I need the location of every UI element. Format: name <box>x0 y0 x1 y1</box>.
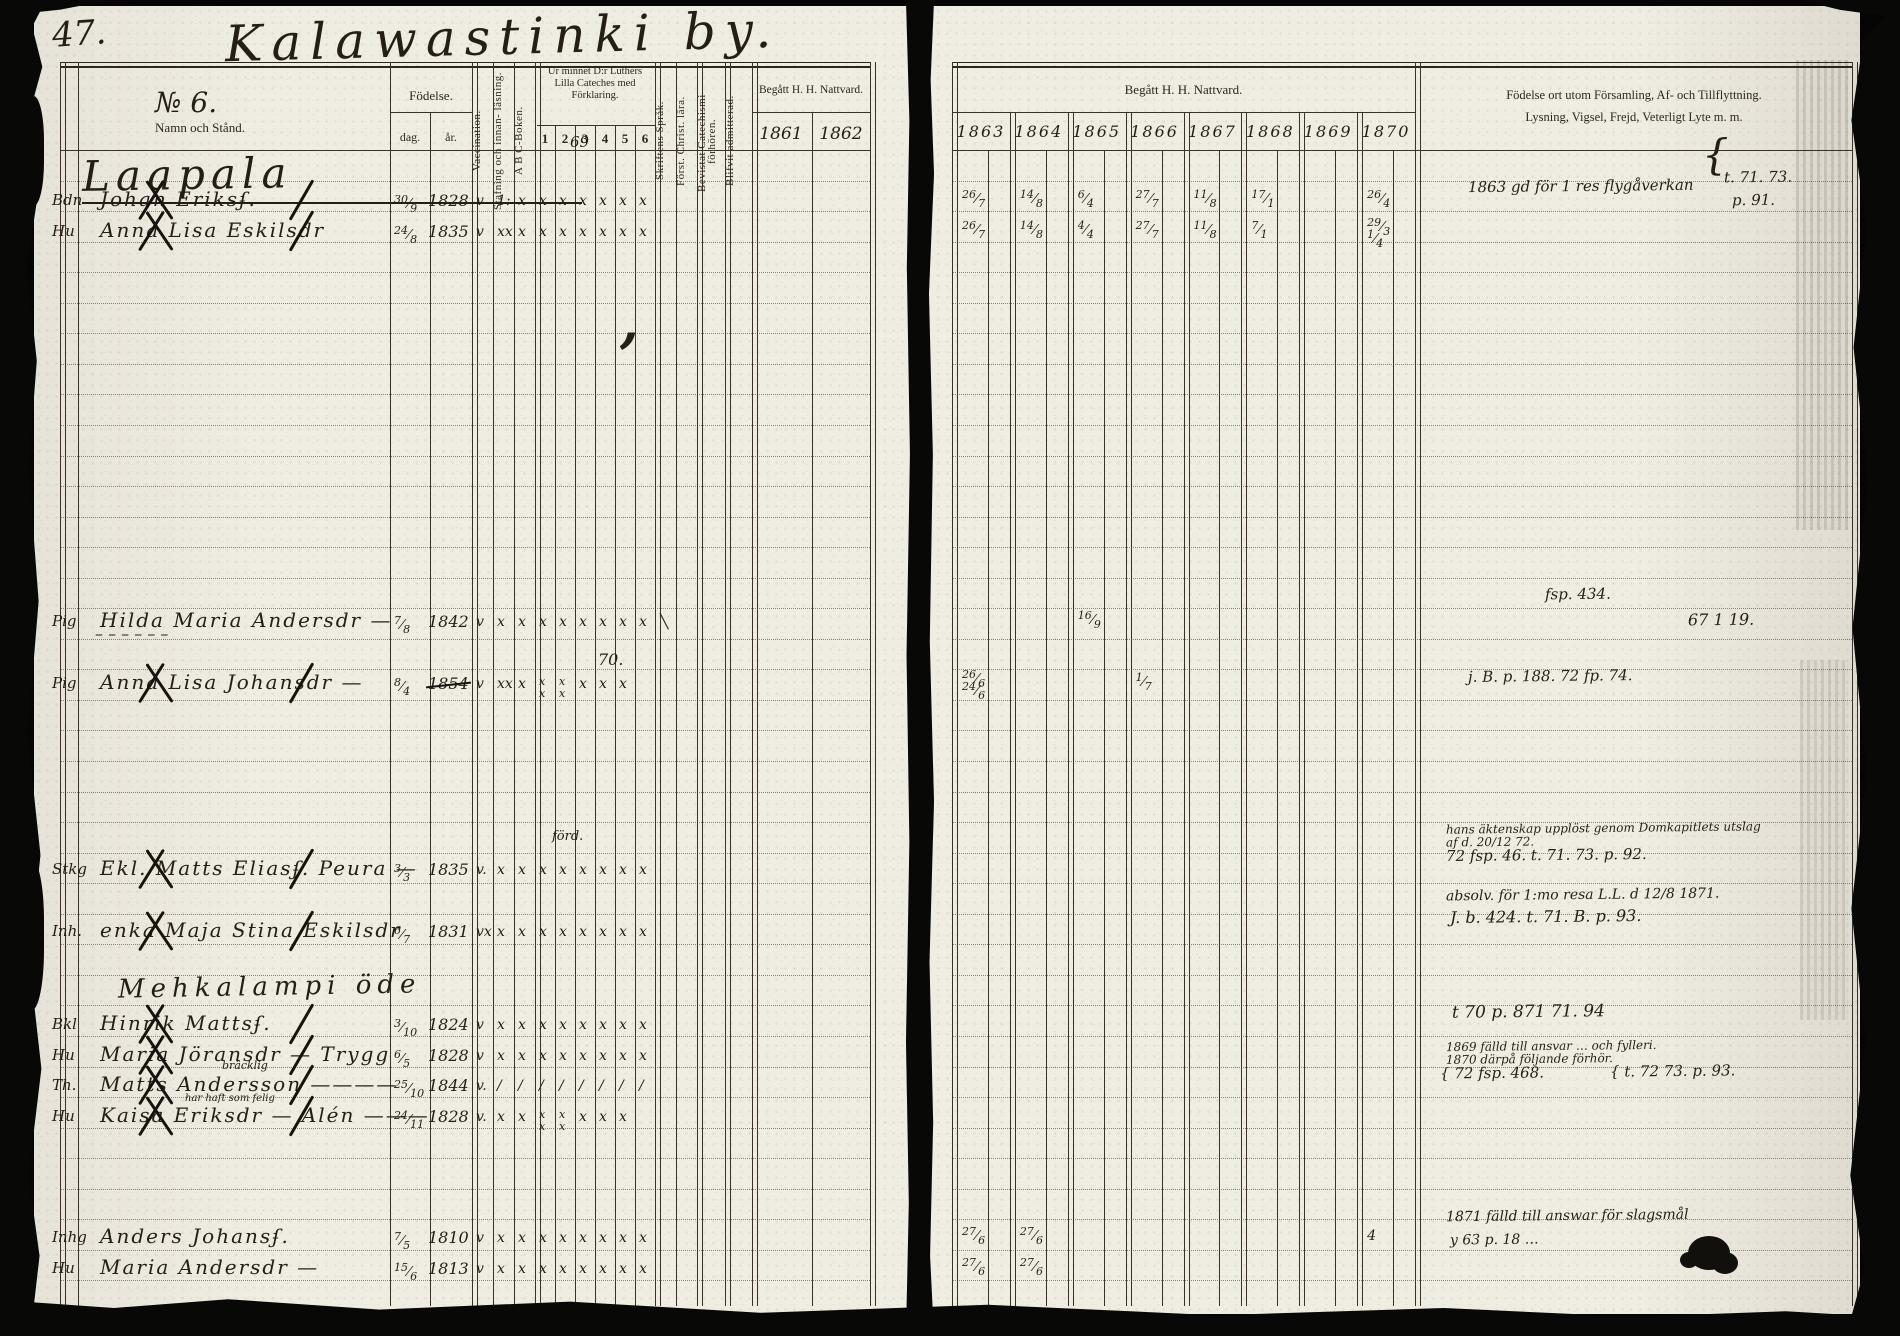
examination-mark: x <box>579 1109 587 1125</box>
mark-text: x <box>619 676 627 692</box>
examination-mark: x <box>619 924 627 940</box>
communion-date: 26⁄7 <box>962 191 985 207</box>
rotated-column-header: Blifvit admitterad. <box>725 66 752 216</box>
column-rule <box>752 62 758 1306</box>
row-rule <box>60 364 870 365</box>
examination-mark: xx <box>497 224 513 240</box>
rotated-column-header: Skriftens Språk. <box>655 66 676 216</box>
examination-mark: v <box>476 193 484 209</box>
mark-text: x <box>619 1017 627 1033</box>
mark-text: x <box>599 1261 607 1277</box>
mark-text: x <box>619 924 627 940</box>
examination-mark: xx <box>539 1109 545 1133</box>
margin-note: fsp. 434. <box>1545 585 1611 604</box>
row-rule <box>60 1280 870 1281</box>
numerator: 24 <box>394 1109 408 1122</box>
row-rule <box>60 883 870 884</box>
denominator: 3 <box>1383 225 1390 238</box>
examination-mark: x <box>497 614 505 630</box>
examination-mark: x <box>579 924 587 940</box>
denominator: 6 <box>978 1265 985 1278</box>
nattvard-year-label: 1863 <box>952 122 1010 141</box>
scanned-register-page: 47. Kalawastinki by. № 6. Namn och Stånd… <box>0 0 1900 1336</box>
examination-mark: / <box>599 1078 604 1094</box>
communion-date: 26⁄624⁄6 <box>962 674 985 698</box>
numerator: 30 <box>394 193 408 206</box>
margin-note: absolv. för 1:mo resa L.L. d 12/8 1871. <box>1446 886 1720 905</box>
row-rule <box>60 578 870 579</box>
communion-date: 27⁄7 <box>1136 191 1159 207</box>
column-rule <box>1068 112 1074 1306</box>
examination-mark: x <box>599 1261 607 1277</box>
mark-text: x <box>497 1261 505 1277</box>
examination-mark: / <box>639 1078 644 1094</box>
mark-text: / <box>619 1078 624 1094</box>
birth-year: 1824 <box>428 1015 469 1034</box>
numerator: 11 <box>1194 188 1208 201</box>
entry-name: Anna Lisa Johansdr — <box>100 670 363 694</box>
row-rule <box>952 1219 1852 1220</box>
examination-mark: x <box>599 924 607 940</box>
examination-mark: x <box>599 1230 607 1246</box>
row-rule <box>60 303 870 304</box>
row-rule <box>952 639 1852 640</box>
examination-mark: x <box>518 1017 526 1033</box>
examination-mark: v. <box>476 1109 487 1125</box>
mark-text: x <box>559 1017 567 1033</box>
examination-mark: v <box>476 1048 484 1064</box>
column-rule <box>952 62 958 1306</box>
row-rule <box>60 1128 870 1129</box>
communion-date: 27⁄6 <box>1020 1259 1043 1275</box>
numerator: 14 <box>1020 219 1034 232</box>
stray-mark: bräcklig <box>222 1059 268 1072</box>
entry-prefix: Pig <box>52 674 77 692</box>
communion-date: 11⁄8 <box>1194 191 1217 207</box>
stray-mark: har haft som felig <box>185 1093 275 1104</box>
mark-text: x <box>599 224 607 240</box>
stray-mark: 70. <box>598 650 623 669</box>
numerator: 1 <box>1367 228 1374 241</box>
examination-mark: x <box>539 193 547 209</box>
mark-text: x <box>579 1109 587 1125</box>
examination-mark: x <box>518 862 526 878</box>
mark-text: / <box>639 1078 644 1094</box>
row-rule <box>60 792 870 793</box>
column-rule <box>676 62 677 1306</box>
mark-text: / <box>559 1078 564 1094</box>
examination-mark: x <box>579 224 587 240</box>
denominator: 4 <box>1087 228 1094 241</box>
examination-mark: x <box>639 924 647 940</box>
birth-year: 1835 <box>428 222 469 241</box>
birth-year: 1854 <box>428 674 469 693</box>
row-rule <box>952 883 1852 884</box>
mark-text: x <box>639 614 647 630</box>
mark-text: x <box>518 614 526 630</box>
mark-text: v. <box>476 862 487 878</box>
communion-date: 27⁄6 <box>1020 1228 1043 1244</box>
numerator: 15 <box>394 1261 408 1274</box>
notes-header-line1: Födelse ort utom Församling, Af- och Til… <box>1420 88 1848 103</box>
left-nattvard-header: Begått H. H. Nattvard. <box>752 84 870 96</box>
numerator: 27 <box>1020 1225 1034 1238</box>
birth-year: 1844 <box>428 1076 469 1095</box>
mark-text: x <box>518 924 526 940</box>
mark-text: x <box>518 1230 526 1246</box>
birth-year: 1831 <box>428 922 469 941</box>
column-rule <box>430 112 431 1306</box>
row-rule <box>60 547 870 548</box>
column-rule <box>725 62 731 1306</box>
row-rule <box>60 1067 870 1068</box>
stacked-date: x <box>559 688 565 700</box>
column-rule <box>1357 112 1363 1306</box>
section-header: Mehkalampi öde <box>118 969 422 1004</box>
mark-text: x <box>619 193 627 209</box>
row-rule <box>952 914 1852 915</box>
row-rule <box>952 486 1852 487</box>
cateches-col-number: 1 <box>535 131 555 147</box>
birth-day: 6⁄7 <box>394 924 410 943</box>
nattvard-year-label: 1866 <box>1126 122 1184 141</box>
column-rule <box>1393 150 1394 1306</box>
communion-date: 14⁄8 <box>1020 222 1043 238</box>
mark-text: 1: <box>497 193 511 209</box>
row-rule <box>390 112 472 113</box>
birth-day: 25⁄10 <box>394 1078 424 1097</box>
numerator: 27 <box>962 1256 976 1269</box>
denominator: 7 <box>1152 228 1159 241</box>
examination-mark: / <box>579 1078 584 1094</box>
examination-mark: x <box>619 1109 627 1125</box>
row-rule <box>952 1036 1852 1037</box>
column-rule <box>655 62 661 1306</box>
numerator: 27 <box>1020 1256 1034 1269</box>
numerator: 4 <box>1078 219 1085 232</box>
birth-day: 30⁄9 <box>394 193 417 212</box>
examination-mark: x <box>599 1048 607 1064</box>
nattvard-year-label: 1862 <box>812 124 870 144</box>
row-rule <box>952 333 1852 334</box>
examination-mark: x <box>619 1048 627 1064</box>
cateches-col-number: 4 <box>595 131 615 147</box>
left-margin-blot-2 <box>14 860 44 1010</box>
denominator: 5 <box>403 1057 410 1070</box>
examination-mark: x <box>559 1017 567 1033</box>
rotated-column-header: Bevistat Catechismi- förhören. <box>697 66 725 216</box>
nattvard-year-label: 1861 <box>752 124 810 144</box>
birth-year: 1828 <box>428 191 469 210</box>
numerator: 24 <box>962 680 976 693</box>
examination-mark: x <box>559 862 567 878</box>
row-rule <box>752 112 870 113</box>
row-rule <box>952 1158 1852 1159</box>
rotated-column-header: Först. Christ. lära. <box>676 66 697 216</box>
mark-text: x <box>518 1017 526 1033</box>
birth-day: 15⁄6 <box>394 1261 417 1280</box>
mark-text: x <box>639 1017 647 1033</box>
examination-mark: vx <box>476 924 492 940</box>
mark-text: x <box>579 1017 587 1033</box>
cateches-col-number: 5 <box>615 131 635 147</box>
examination-mark: x <box>518 1109 526 1125</box>
mark-text: x <box>539 1120 545 1133</box>
numerator: 6 <box>394 924 401 937</box>
mark-text: x <box>639 1048 647 1064</box>
column-rule <box>812 112 813 1306</box>
margin-note: y 63 p. 18 … <box>1450 1232 1539 1249</box>
mark-text: x <box>579 1230 587 1246</box>
column-rule <box>555 125 556 1306</box>
entry-name: Anders Johansʄ. <box>100 1224 290 1248</box>
examination-mark: x <box>497 1261 505 1277</box>
examination-mark: x <box>559 1261 567 1277</box>
birth-column-header: Födelse. <box>390 88 472 104</box>
denominator: 7 <box>403 933 410 946</box>
communion-date: 4⁄4 <box>1078 222 1094 238</box>
birth-day: 3⁄10 <box>394 1017 417 1036</box>
stacked-date: x <box>539 1121 545 1133</box>
communion-date: 26⁄7 <box>962 222 985 238</box>
numerator: 1 <box>1136 671 1143 684</box>
mark-text: x <box>639 193 647 209</box>
examination-mark: x <box>639 862 647 878</box>
row-rule <box>952 425 1852 426</box>
communion-date: 6⁄4 <box>1078 191 1094 207</box>
examination-mark: x <box>559 224 567 240</box>
column-rule <box>1010 112 1016 1306</box>
examination-mark: xx <box>559 676 565 700</box>
examination-mark: x <box>559 1048 567 1064</box>
book-gutter <box>906 0 934 1336</box>
mark-text: x <box>518 1261 526 1277</box>
mark-text: / <box>599 1078 604 1094</box>
row-rule <box>952 578 1852 579</box>
examination-mark: v <box>476 1017 484 1033</box>
row-rule <box>952 853 1852 854</box>
birth-year-header: år. <box>430 130 472 145</box>
row-rule <box>60 333 870 334</box>
examination-mark: x <box>497 1230 505 1246</box>
stray-mark: 69 <box>570 133 589 151</box>
communion-date: 16⁄9 <box>1078 612 1101 628</box>
examination-mark: v <box>476 1261 484 1277</box>
row-rule <box>60 822 870 823</box>
examination-mark: x <box>639 1230 647 1246</box>
row-rule <box>952 700 1852 701</box>
column-rule <box>1104 150 1105 1306</box>
mark-text: x <box>539 193 547 209</box>
denominator: 10 <box>410 1087 424 1100</box>
mark-text: x <box>518 676 526 692</box>
row-rule <box>952 242 1852 243</box>
mark-text: x <box>599 676 607 692</box>
margin-note: j. B. p. 188. 72 fp. 74. <box>1468 666 1633 686</box>
column-rule <box>988 150 989 1306</box>
numerator: 8 <box>394 676 401 689</box>
examination-mark: x <box>639 193 647 209</box>
mark-text: x <box>539 614 547 630</box>
communion-date: 27⁄7 <box>1136 222 1159 238</box>
nattvard-year-label: 1869 <box>1299 122 1357 141</box>
birth-day: 6⁄5 <box>394 1048 410 1067</box>
denominator: 8 <box>1036 197 1043 210</box>
mark-text: x <box>497 1048 505 1064</box>
mark-text: x <box>539 1230 547 1246</box>
examination-mark: x <box>639 614 647 630</box>
denominator: 5 <box>403 1239 410 1252</box>
examination-mark: x <box>599 1109 607 1125</box>
examination-mark: x <box>599 193 607 209</box>
mark-text: x <box>599 1230 607 1246</box>
row-rule <box>60 517 870 518</box>
mark-text: x <box>539 1261 547 1277</box>
mark-text: x <box>518 862 526 878</box>
numerator: 3 <box>394 1017 401 1030</box>
mark-text: x <box>539 224 547 240</box>
row-rule <box>952 364 1852 365</box>
entry-prefix: Hu <box>52 1046 75 1064</box>
mark-text: x <box>599 1109 607 1125</box>
column-rule <box>1415 62 1421 1306</box>
communion-date: 1⁄7 <box>1136 674 1152 690</box>
mark-text: v. <box>476 1078 487 1094</box>
column-rule <box>595 125 596 1306</box>
mark-text: x <box>619 1048 627 1064</box>
examination-mark: v <box>476 224 484 240</box>
mark-text: x <box>599 862 607 878</box>
examination-mark: x <box>518 1261 526 1277</box>
examination-mark: x <box>619 1230 627 1246</box>
mark-text: x <box>539 924 547 940</box>
examination-mark: x <box>539 1048 547 1064</box>
numerator: 16 <box>1078 609 1092 622</box>
denominator: 7 <box>1152 197 1159 210</box>
mark-text: x <box>497 1109 505 1125</box>
denominator: 8 <box>1210 228 1217 241</box>
examination-mark: x <box>559 193 567 209</box>
examination-mark: x <box>497 1048 505 1064</box>
examination-mark: x <box>539 1230 547 1246</box>
mark-text: x <box>579 676 587 692</box>
mark-text: vx <box>476 924 492 940</box>
mark-text: x <box>639 224 647 240</box>
examination-mark: x <box>619 193 627 209</box>
mark-text: x <box>599 1017 607 1033</box>
communion-date: 26⁄4 <box>1367 191 1390 207</box>
entry-prefix: Hu <box>52 222 75 240</box>
examination-mark: x <box>599 1017 607 1033</box>
mark-text: x <box>559 1120 565 1133</box>
examination-mark: xx <box>497 676 513 692</box>
birth-day: 24⁄11 <box>394 1109 424 1128</box>
examination-mark: ╲ <box>660 614 668 630</box>
row-rule <box>60 700 870 701</box>
row-rule <box>952 303 1852 304</box>
denominator: 6 <box>410 1270 417 1283</box>
examination-mark: x <box>579 1017 587 1033</box>
denominator: 6 <box>1036 1265 1043 1278</box>
mark-text: x <box>497 1017 505 1033</box>
mark-text: v <box>476 224 484 240</box>
denominator: 1 <box>1268 197 1275 210</box>
examination-mark: x <box>559 614 567 630</box>
mark-text: v. <box>476 1109 487 1125</box>
entry-name: Maria Andersdr — <box>100 1255 319 1279</box>
numerator: 24 <box>394 224 408 237</box>
row-rule <box>60 761 870 762</box>
nattvard-year-label: 1868 <box>1241 122 1299 141</box>
birth-day-header: dag. <box>390 130 430 145</box>
mark-text: x <box>518 193 526 209</box>
row-rule <box>952 62 1852 68</box>
row-rule <box>60 853 870 854</box>
mark-text: v <box>476 614 484 630</box>
birth-year: 1810 <box>428 1228 469 1247</box>
mark-text: v <box>476 1230 484 1246</box>
mark-text: xx <box>497 676 513 692</box>
mark-text: x <box>539 1017 547 1033</box>
row-rule <box>60 1036 870 1037</box>
mark-text: x <box>579 1048 587 1064</box>
denominator: 3 <box>403 871 410 884</box>
examination-mark: x <box>599 862 607 878</box>
denominator: 4 <box>403 685 410 698</box>
mark-text: x <box>497 862 505 878</box>
communion-date: 4 <box>1367 1228 1376 1244</box>
numerator: 7 <box>394 1230 401 1243</box>
margin-note: t 70 p. 871 71. 94 <box>1452 1001 1605 1023</box>
right-margin-smear-1 <box>1796 60 1848 530</box>
row-rule <box>60 944 870 945</box>
margin-note: 67 1 19. <box>1688 610 1754 630</box>
numerator: 6 <box>394 1048 401 1061</box>
row-rule <box>952 456 1852 457</box>
column-rule <box>1126 112 1132 1306</box>
mark-text: x <box>579 924 587 940</box>
entry-prefix: Bkl <box>52 1015 77 1033</box>
birth-day: 8⁄4 <box>394 676 410 695</box>
row-rule <box>952 547 1852 548</box>
column-rule <box>575 125 576 1306</box>
examination-mark: x <box>619 862 627 878</box>
numerator: 17 <box>1251 188 1265 201</box>
numerator: 6 <box>1078 188 1085 201</box>
numerator: 7 <box>394 614 401 627</box>
entry-prefix: Hu <box>52 1107 75 1125</box>
examination-mark: / <box>619 1078 624 1094</box>
row-rule <box>952 1005 1852 1006</box>
examination-mark: x <box>497 1109 505 1125</box>
numerator: 7 <box>1251 219 1258 232</box>
examination-mark: x <box>518 924 526 940</box>
column-rule <box>514 62 515 1306</box>
mark-text: x <box>599 193 607 209</box>
mark-text: x <box>619 224 627 240</box>
margin-note: p. 91. <box>1732 191 1775 209</box>
mark-text: x <box>619 1230 627 1246</box>
row-rule <box>952 272 1852 273</box>
numerator: 25 <box>394 1078 408 1091</box>
column-rule <box>493 62 494 1306</box>
mark-text: x <box>599 1048 607 1064</box>
mark-text: x <box>559 614 567 630</box>
examination-mark: x <box>579 862 587 878</box>
examination-mark: / <box>497 1078 502 1094</box>
examination-mark: 1: <box>497 193 511 209</box>
mark-text: x <box>559 1261 567 1277</box>
